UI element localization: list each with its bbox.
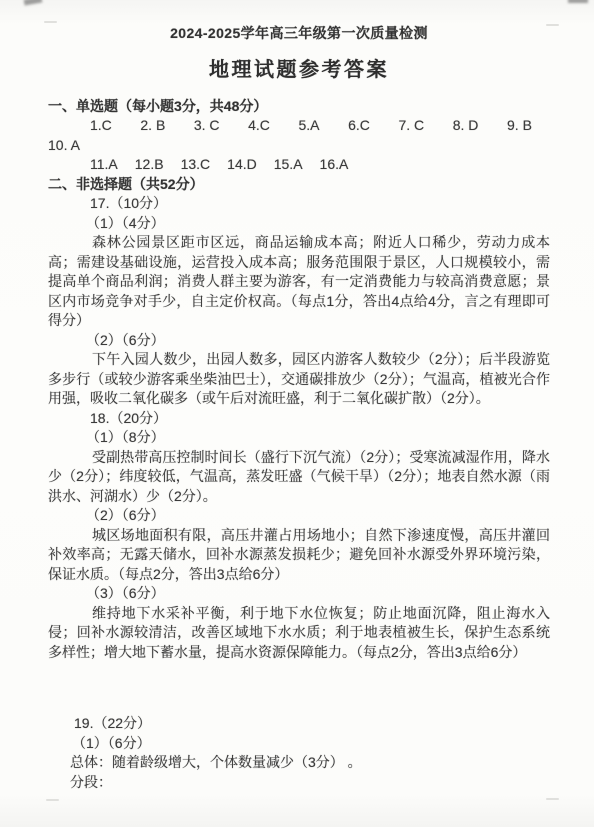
frq-section-heading: 二、非选择题（共52分） — [48, 175, 550, 195]
mcq-answer-2: 2. B — [140, 116, 165, 136]
exam-session-title: 2024-2025学年高三年级第一次质量检测 — [48, 24, 550, 44]
answer-sheet-content: 2024-2025学年高三年级第一次质量检测 地理试题参考答案 一、单选题（每小… — [0, 0, 594, 792]
mcq-answer-3: 3. C — [194, 116, 220, 136]
mcq-answers-row-1: 1.C 2. B 3. C 4.C 5.A 6.C 7. C 8. D 9. B — [90, 116, 532, 136]
mcq-answer-14: 14.D — [227, 155, 257, 175]
q18-part3-label: （3）（6分） — [86, 584, 550, 604]
mcq-answer-1: 1.C — [90, 116, 112, 136]
q18-part3-answer: 维持地下水采补平衡，利于地下水位恢复；防止地面沉降，阻止海水入侵；回补水源较清洁… — [48, 604, 550, 663]
q17-part2-label: （2）（6分） — [86, 331, 550, 351]
mcq-answer-13: 13.C — [181, 155, 211, 175]
mcq-answer-11: 11.A — [90, 155, 118, 175]
mcq-answer-15: 15.A — [274, 155, 303, 175]
question-19-title: 19.（22分） — [74, 714, 550, 734]
document-page: 2024-2025学年高三年级第一次质量检测 地理试题参考答案 一、单选题（每小… — [0, 0, 594, 827]
q18-part1-label: （1）（8分） — [86, 428, 550, 448]
q18-part2-label: （2）（6分） — [86, 506, 550, 526]
page-title: 地理试题参考答案 — [48, 57, 550, 83]
q18-part2-answer: 城区场地面积有限，高压井灌占用场地小；自然下渗速度慢，高压井灌回补效率高；无露天… — [48, 526, 550, 585]
q17-part1-answer: 森林公园景区距市区远，商品运输成本高；附近人口稀少，劳动力成本高；需建设基础设施… — [48, 233, 550, 331]
mcq-answer-12: 12.B — [135, 155, 164, 175]
mcq-answer-10: 10. A — [48, 136, 550, 156]
mcq-answer-4: 4.C — [248, 116, 270, 136]
mcq-answer-9: 9. B — [507, 116, 532, 136]
question-19-block: 19.（22分） （1）（6分） 总体：随着龄级增大，个体数量减少（3分） 。 … — [48, 714, 550, 792]
corner-crop-mark — [46, 799, 59, 801]
q17-part2-answer: 下午入园人数少，出园人数多，园区内游客人数较少（2分）；后半段游览多步行（或较少… — [48, 350, 550, 409]
question-18-title: 18.（20分） — [90, 409, 550, 429]
mcq-section-heading: 一、单选题（每小题3分，共48分） — [48, 97, 550, 117]
mcq-answers-row-2: 11.A 12.B 13.C 14.D 15.A 16.A — [90, 155, 550, 175]
corner-crop-mark — [546, 798, 559, 800]
mcq-answer-7: 7. C — [398, 116, 424, 136]
q19-segment-label: 分段： — [70, 773, 550, 793]
mcq-answer-6: 6.C — [348, 116, 370, 136]
mcq-answer-16: 16.A — [320, 155, 349, 175]
q17-part1-label: （1）（4分） — [86, 214, 550, 234]
q18-part1-answer: 受副热带高压控制时间长（盛行下沉气流）（2分）；受寒流减湿作用，降水少（2分）；… — [48, 448, 550, 507]
q19-overall-answer: 总体：随着龄级增大，个体数量减少（3分） 。 — [70, 753, 550, 773]
mcq-answer-8: 8. D — [453, 116, 479, 136]
mcq-answer-5: 5.A — [299, 116, 320, 136]
question-17-title: 17.（10分） — [90, 194, 550, 214]
q19-part1-label: （1）（6分） — [72, 734, 550, 754]
